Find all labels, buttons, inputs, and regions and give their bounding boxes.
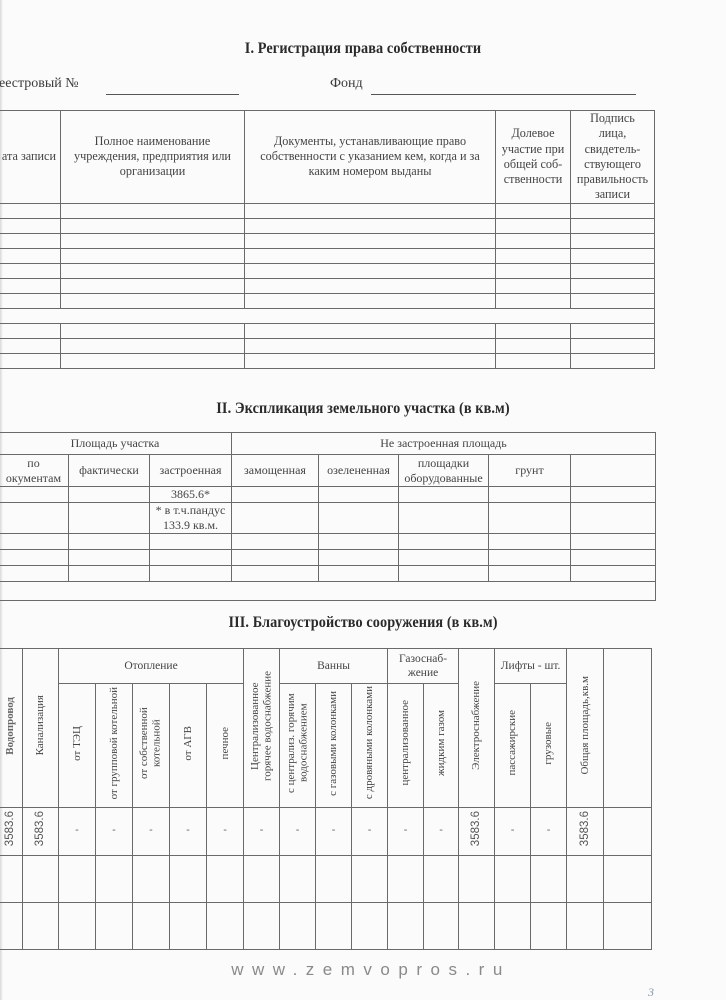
table-cell[interactable]	[388, 855, 424, 902]
table-cell[interactable]	[245, 353, 496, 368]
table-cell[interactable]: 3583.6	[567, 807, 604, 855]
column-header: Полное наименование учреждения, предприя…	[61, 111, 245, 204]
table-row	[0, 278, 655, 293]
column-header: Подпись лица, свидетель-ствующего правил…	[571, 111, 655, 204]
cell-value: -	[186, 824, 190, 836]
table-cell[interactable]	[61, 278, 245, 293]
column-header: Долевое участие при общей соб-ственности	[496, 111, 571, 204]
table-cell[interactable]	[571, 203, 655, 218]
table-row: 3865.6*	[0, 487, 656, 503]
column-sewerage: Канализация	[23, 649, 59, 808]
column-extra	[604, 649, 652, 808]
subcolumn-baths-label: с дровяными колонками	[363, 686, 376, 799]
table-cell[interactable]	[571, 233, 655, 248]
subcolumn-elevators-label: грузовые	[542, 722, 555, 765]
table-cell[interactable]	[69, 534, 150, 550]
table-cell[interactable]	[150, 550, 232, 566]
table-row	[0, 218, 655, 233]
table-row	[0, 534, 656, 550]
table-cell[interactable]	[133, 902, 170, 949]
subcolumn-elevators: грузовые	[531, 684, 567, 808]
table-cell[interactable]	[0, 353, 61, 368]
table-cell[interactable]	[170, 902, 207, 949]
group-header-elevators: Лифты - шт.	[495, 649, 567, 684]
table-cell[interactable]: -	[133, 807, 170, 855]
subcolumn-gas-label: централизованное	[399, 700, 412, 785]
table-cell[interactable]: -	[531, 807, 567, 855]
table-cell[interactable]	[150, 534, 232, 550]
subcolumn-gas-label: жидким газом	[435, 710, 448, 776]
table-cell[interactable]	[571, 487, 656, 503]
table-cell[interactable]	[604, 855, 652, 902]
table-cell[interactable]	[0, 534, 69, 550]
subcolumn-heating: печное	[207, 684, 244, 808]
table-cell[interactable]	[0, 566, 69, 582]
table-cell[interactable]	[496, 248, 571, 263]
table-cell[interactable]	[571, 278, 655, 293]
table-cell[interactable]	[0, 323, 61, 338]
table-cell[interactable]	[0, 278, 61, 293]
table-row	[0, 263, 655, 278]
table-cell[interactable]	[319, 534, 399, 550]
table-cell[interactable]	[571, 293, 655, 308]
table-cell[interactable]	[319, 566, 399, 582]
table-row	[0, 308, 655, 323]
table-header-row: ата записиПолное наименование учреждения…	[0, 111, 655, 204]
table-cell[interactable]	[245, 233, 496, 248]
table-cell[interactable]	[0, 218, 61, 233]
group-header-plot-area: Площадь участка	[0, 433, 232, 455]
cell-value: -	[368, 824, 372, 836]
table-row	[0, 323, 655, 338]
cell-value: -	[296, 824, 300, 836]
table-row	[0, 248, 655, 263]
table-cell[interactable]	[352, 902, 388, 949]
table-cell[interactable]	[604, 902, 652, 949]
cell-value: -	[75, 824, 79, 836]
table-cell[interactable]	[496, 353, 571, 368]
column-water-supply-label: Водопровод	[4, 697, 17, 755]
table-cell[interactable]	[23, 902, 59, 949]
table-cell[interactable]	[571, 338, 655, 353]
table-cell[interactable]	[245, 248, 496, 263]
column-header: площадки оборудованные	[399, 455, 489, 487]
ownership-registration-table: ата записиПолное наименование учреждения…	[0, 110, 655, 369]
table-row	[0, 233, 655, 248]
subcolumn-baths: с централиз. горячим водоснабжением	[280, 684, 316, 808]
table-row	[0, 293, 655, 308]
table-cell[interactable]	[232, 487, 319, 503]
table-cell[interactable]: 3583.6	[23, 807, 59, 855]
cell-value: -	[149, 824, 153, 836]
cell-value: -	[332, 824, 336, 836]
table-cell[interactable]	[61, 323, 245, 338]
table-cell[interactable]	[0, 902, 23, 949]
table-cell[interactable]	[0, 308, 655, 323]
table-cell[interactable]	[571, 353, 655, 368]
table-cell[interactable]	[61, 338, 245, 353]
table-cell[interactable]: -	[244, 807, 280, 855]
table-cell[interactable]: 3865.6*	[150, 487, 232, 503]
table-cell[interactable]	[207, 855, 244, 902]
table-cell[interactable]	[61, 218, 245, 233]
table-cell[interactable]	[496, 338, 571, 353]
table-cell[interactable]	[245, 218, 496, 233]
table-cell[interactable]	[61, 353, 245, 368]
subcolumn-heating: от ТЭЦ	[59, 684, 96, 808]
cell-value: 3583.6	[469, 811, 483, 846]
table-cell[interactable]	[0, 503, 69, 534]
table-cell[interactable]	[0, 582, 656, 601]
table-cell[interactable]	[59, 855, 96, 902]
group-header-baths: Ванны	[280, 649, 388, 684]
watermark-url: www.zemvopros.ru	[0, 960, 726, 980]
column-water-supply: Водопровод	[0, 649, 23, 808]
column-header: ата записи	[0, 111, 61, 204]
column-header: фактически	[69, 455, 150, 487]
group-header-unbuilt-area: Не застроенная площадь	[232, 433, 656, 455]
table-cell[interactable]	[245, 338, 496, 353]
table-cell[interactable]	[319, 550, 399, 566]
table-cell[interactable]	[232, 566, 319, 582]
table-cell[interactable]: -	[352, 807, 388, 855]
section1-title: I. Регистрация права собственности	[29, 40, 697, 58]
column-central-hot-water-label: Централизованное горячее водоснабжение	[249, 667, 274, 785]
table-cell[interactable]	[61, 293, 245, 308]
table-cell[interactable]	[571, 218, 655, 233]
table-cell[interactable]	[245, 278, 496, 293]
subcolumn-baths-label: с газовыми колонками	[327, 691, 340, 796]
table-cell[interactable]	[0, 855, 23, 902]
table-row: 3583.63583.6-----------3583.6--3583.6	[0, 807, 652, 855]
land-plot-explication-table: Площадь участкаНе застроенная площадьпо …	[0, 432, 656, 601]
subcolumn-heating-label: от АГВ	[182, 726, 195, 761]
table-row	[0, 902, 652, 949]
cell-value: -	[547, 824, 551, 836]
subcolumn-gas: жидким газом	[424, 684, 459, 808]
table-cell[interactable]	[531, 902, 567, 949]
table-cell[interactable]	[61, 203, 245, 218]
table-cell[interactable]	[61, 263, 245, 278]
table-cell[interactable]	[280, 902, 316, 949]
section2-title: II. Экспликация земельного участка (в кв…	[29, 400, 697, 418]
subcolumn-baths: с газовыми колонками	[316, 684, 352, 808]
table-cell[interactable]	[245, 203, 496, 218]
table-cell[interactable]	[23, 855, 59, 902]
column-header	[571, 455, 656, 487]
subcolumn-baths-label: с централиз. горячим водоснабжением	[285, 684, 310, 802]
table-cell[interactable]	[496, 203, 571, 218]
cell-value: -	[404, 824, 408, 836]
table-cell[interactable]	[150, 566, 232, 582]
table-cell[interactable]	[59, 902, 96, 949]
table-row: * в т.ч.пандус 133.9 кв.м.	[0, 503, 656, 534]
subcolumn-heating: от собственной котельной	[133, 684, 170, 808]
group-header-row: Площадь участкаНе застроенная площадь	[0, 433, 656, 455]
table-cell[interactable]	[531, 855, 567, 902]
table-cell[interactable]	[69, 566, 150, 582]
column-central-hot-water: Централизованное горячее водоснабжение	[244, 649, 280, 808]
column-header: замощенная	[232, 455, 319, 487]
table-cell[interactable]: -	[96, 807, 133, 855]
table-cell[interactable]: -	[59, 807, 96, 855]
cell-value: -	[223, 824, 227, 836]
table-cell[interactable]	[489, 534, 571, 550]
table-cell[interactable]	[319, 503, 399, 534]
building-amenities-table: ВодопроводКанализацияОтоплениеЦентрализо…	[0, 648, 652, 950]
group-header-gas: Газоснаб-жение	[388, 649, 459, 684]
table-cell[interactable]	[496, 278, 571, 293]
column-sewerage-label: Канализация	[34, 695, 47, 755]
subcolumn-baths: с дровяными колонками	[352, 684, 388, 808]
subcolumn-heating-label: от собственной котельной	[138, 684, 163, 802]
table-cell[interactable]	[496, 323, 571, 338]
table-cell[interactable]	[399, 503, 489, 534]
subcolumn-heating-label: от ТЭЦ	[71, 726, 84, 761]
table-cell[interactable]	[133, 855, 170, 902]
subcolumn-gas: централизованное	[388, 684, 424, 808]
table-cell[interactable]	[399, 566, 489, 582]
column-header: застроенная	[150, 455, 232, 487]
table-cell[interactable]	[352, 855, 388, 902]
table-cell[interactable]	[571, 323, 655, 338]
table-cell[interactable]: -	[170, 807, 207, 855]
table-cell[interactable]	[567, 855, 604, 902]
table-cell[interactable]: -	[280, 807, 316, 855]
table-cell[interactable]	[489, 503, 571, 534]
table-row	[0, 353, 655, 368]
subcolumn-elevators: пассажирские	[495, 684, 531, 808]
subcolumn-heating-label: от групповой котельной	[108, 687, 121, 799]
table-cell[interactable]	[0, 550, 69, 566]
table-cell[interactable]	[399, 534, 489, 550]
table-cell[interactable]: 3583.6	[0, 807, 23, 855]
table-cell[interactable]	[571, 566, 656, 582]
table-cell[interactable]: -	[388, 807, 424, 855]
table-cell[interactable]: 3583.6	[459, 807, 495, 855]
table-cell[interactable]	[244, 855, 280, 902]
table-cell[interactable]	[0, 203, 61, 218]
group-header-heating: Отопление	[59, 649, 244, 684]
column-total-area: Общая площадь,кв.м	[567, 649, 604, 808]
subcolumn-heating: от групповой котельной	[96, 684, 133, 808]
table-cell[interactable]	[604, 807, 652, 855]
column-total-area-label: Общая площадь,кв.м	[579, 676, 592, 775]
cell-value: 3583.6	[33, 811, 47, 846]
column-electricity: Электроснабжение	[459, 649, 495, 808]
table-cell[interactable]	[232, 503, 319, 534]
table-cell[interactable]	[316, 902, 352, 949]
table-cell[interactable]	[96, 855, 133, 902]
column-header: Документы, устанавливающие право собстве…	[245, 111, 496, 204]
column-header: озелененная	[319, 455, 399, 487]
table-cell[interactable]	[459, 902, 495, 949]
table-row	[0, 338, 655, 353]
table-cell[interactable]	[319, 487, 399, 503]
table-cell[interactable]	[489, 487, 571, 503]
table-cell[interactable]	[244, 902, 280, 949]
table-cell[interactable]	[571, 534, 656, 550]
cell-value: 3583.6	[578, 811, 592, 846]
table-cell[interactable]	[567, 902, 604, 949]
subcolumn-header-row: от ТЭЦот групповой котельнойот собственн…	[0, 684, 652, 808]
table-cell[interactable]	[571, 263, 655, 278]
table-cell[interactable]	[459, 855, 495, 902]
table-cell[interactable]	[399, 487, 489, 503]
table-cell[interactable]	[424, 855, 459, 902]
table-cell[interactable]	[496, 263, 571, 278]
table-cell[interactable]: -	[316, 807, 352, 855]
table-cell[interactable]	[69, 503, 150, 534]
cell-value: -	[112, 824, 116, 836]
table-cell[interactable]	[61, 233, 245, 248]
subcolumn-elevators-label: пассажирские	[506, 710, 519, 776]
registry-number-field[interactable]	[106, 94, 239, 95]
table-cell[interactable]	[0, 233, 61, 248]
table-cell[interactable]	[571, 503, 656, 534]
cell-value: -	[511, 824, 515, 836]
section3-title: III. Благоустройство сооружения (в кв.м)	[29, 614, 697, 632]
fund-label: Фонд	[330, 76, 363, 92]
table-cell[interactable]	[489, 550, 571, 566]
table-cell[interactable]: -	[424, 807, 459, 855]
subcolumn-heating: от АГВ	[170, 684, 207, 808]
group-header-row: ВодопроводКанализацияОтоплениеЦентрализо…	[0, 649, 652, 684]
table-cell[interactable]	[245, 323, 496, 338]
page-number-mark: 3	[648, 985, 654, 1000]
table-cell[interactable]	[388, 902, 424, 949]
fund-field[interactable]	[371, 94, 636, 95]
table-row	[0, 855, 652, 902]
table-row	[0, 203, 655, 218]
registry-number-label: еестровый №	[0, 76, 79, 92]
table-cell[interactable]	[69, 550, 150, 566]
table-cell[interactable]	[0, 248, 61, 263]
cell-value: -	[439, 824, 443, 836]
table-cell[interactable]: * в т.ч.пандус 133.9 кв.м.	[150, 503, 232, 534]
table-cell[interactable]	[0, 487, 69, 503]
table-cell[interactable]	[245, 293, 496, 308]
column-header-row: по окументамфактическизастроеннаязамощен…	[0, 455, 656, 487]
table-cell[interactable]	[0, 338, 61, 353]
column-header: по окументам	[0, 455, 69, 487]
table-cell[interactable]	[61, 248, 245, 263]
table-cell[interactable]	[495, 855, 531, 902]
table-cell[interactable]	[424, 902, 459, 949]
table-cell[interactable]	[245, 263, 496, 278]
column-electricity-label: Электроснабжение	[470, 681, 483, 770]
table-cell[interactable]	[69, 487, 150, 503]
table-cell[interactable]	[571, 248, 655, 263]
table-cell[interactable]	[232, 550, 319, 566]
table-row	[0, 550, 656, 566]
table-cell[interactable]	[232, 534, 319, 550]
table-cell[interactable]	[170, 855, 207, 902]
table-row	[0, 582, 656, 601]
table-cell[interactable]	[0, 263, 61, 278]
table-row	[0, 566, 656, 582]
table-cell[interactable]	[316, 855, 352, 902]
table-cell[interactable]: -	[495, 807, 531, 855]
table-cell[interactable]	[496, 218, 571, 233]
table-cell[interactable]	[496, 293, 571, 308]
table-cell[interactable]	[399, 550, 489, 566]
table-cell[interactable]	[495, 902, 531, 949]
subcolumn-heating-label: печное	[219, 727, 232, 759]
cell-value: 3583.6	[3, 811, 17, 846]
cell-value: -	[260, 824, 264, 836]
table-cell[interactable]	[280, 855, 316, 902]
table-cell[interactable]	[96, 902, 133, 949]
table-cell[interactable]	[207, 902, 244, 949]
table-cell[interactable]	[496, 233, 571, 248]
table-cell[interactable]	[489, 566, 571, 582]
table-cell[interactable]	[0, 293, 61, 308]
table-cell[interactable]	[571, 550, 656, 566]
column-header: грунт	[489, 455, 571, 487]
table-cell[interactable]: -	[207, 807, 244, 855]
